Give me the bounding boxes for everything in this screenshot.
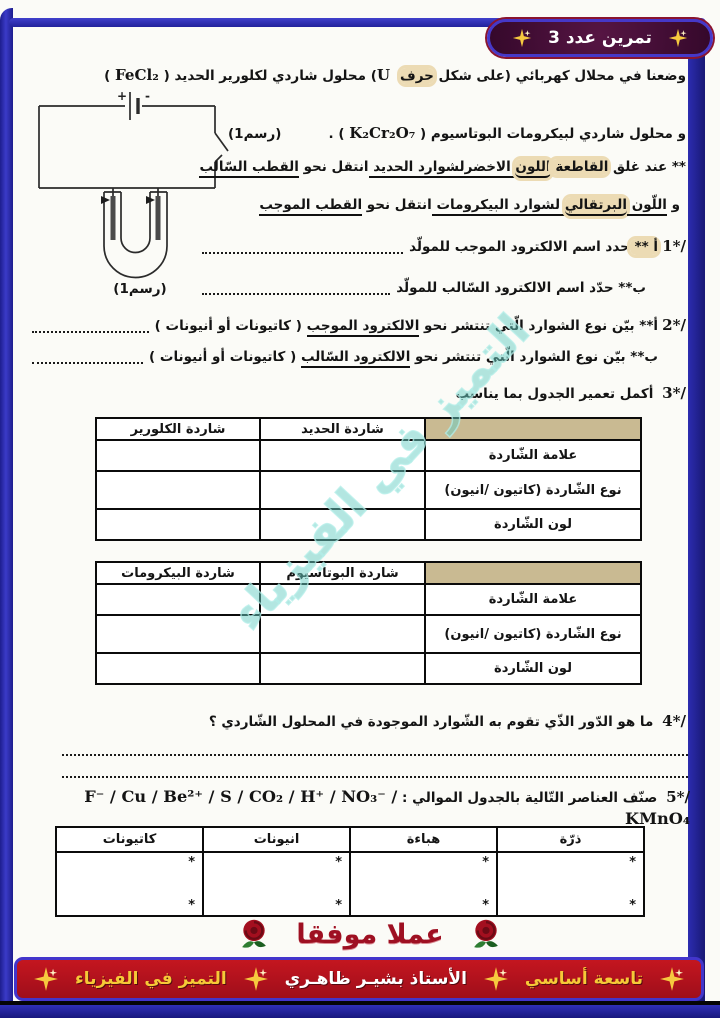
question-2a-text: أ** بيّن نوع الشوارد الّتي تنتشر نحو الا… (155, 318, 658, 336)
table-cell: * * (56, 852, 203, 916)
empty-cell (260, 440, 425, 471)
question-1b: ب** حدّد اسم الالكترود السّالب للمولّد (200, 280, 646, 298)
rose-icon (467, 915, 505, 953)
column-header: شاردة الحديد (260, 418, 425, 440)
column-header: هباءة (350, 827, 497, 852)
question-3: 3*/ أكمل تعمير الجدول بما يناسب (456, 384, 686, 404)
question-2a: 2*/ أ** بيّن نوع الشوارد الّتي تنتشر نحو… (30, 316, 686, 336)
intro-line-2: و محلول شاردي لبيكرومات البوتاسيوم ( K₂C… (228, 124, 686, 144)
ion-table-potassium-dichromate: شاردة البوتاسيوم شاردة البيكرومات علامة … (95, 561, 642, 685)
classification-table: ذرّة هباءة انيونات كاتيونات * * * * * * … (55, 826, 645, 917)
row-label: علامة الشّاردة (425, 584, 641, 615)
question-number: 1*/ (658, 237, 686, 257)
answer-blank (202, 293, 390, 295)
answer-blank (32, 362, 143, 364)
answer-blank (62, 760, 688, 778)
footer-banner: تاسعة أساسي الأستاذ بشيـر ظاهـري التميز … (14, 957, 704, 1001)
empty-cell (260, 615, 425, 653)
question-number: 2*/ (658, 316, 686, 336)
question-2b-text: ب** بيّن نوع الشوارد الّتي تنتشر نحو الا… (149, 349, 658, 367)
question-2b: ب** بيّن نوع الشوارد الّتي تنتشر نحو الا… (30, 349, 658, 367)
column-header: شاردة البيكرومات (96, 562, 260, 584)
question-1b-text: ب** حدّد اسم الالكترود السّالب للمولّد (396, 280, 646, 298)
frame-border-bottom (0, 1001, 720, 1018)
row-label: نوع الشّاردة (كاتيون /انيون) (425, 471, 641, 509)
empty-cell (260, 584, 425, 615)
sparkle-icon (668, 28, 688, 48)
footer-grade-level: تاسعة أساسي (525, 969, 643, 989)
frame-border-left (0, 8, 13, 1018)
empty-cell (260, 509, 425, 540)
answer-blank (62, 738, 688, 756)
column-header: انيونات (203, 827, 350, 852)
tan-header-cell (425, 418, 641, 440)
battery-minus-label: - (145, 89, 150, 103)
question-4: 4*/ ما هو الدّور الذّي تقوم به الشّوارد … (209, 712, 686, 732)
sparkle-icon (659, 966, 685, 992)
rose-icon (235, 915, 273, 953)
empty-cell (96, 471, 260, 509)
bullet-marker: * (629, 855, 636, 870)
column-header: شاردة البوتاسيوم (260, 562, 425, 584)
sparkle-icon (33, 966, 59, 992)
answer-blank (202, 252, 403, 254)
observation-line-1: ** عند غلق القاطعة اللون الاخضرلشوارد ال… (40, 159, 686, 177)
empty-cell (260, 471, 425, 509)
question-1a-text: أ ** حدد اسم الالكترود الموجب للمولّد (409, 239, 658, 257)
empty-cell (96, 653, 260, 684)
column-header: شاردة الكلورير (96, 418, 260, 440)
exercise-title-badge: تمرين عدد 3 (487, 19, 713, 57)
empty-cell (96, 584, 260, 615)
good-luck-banner: عملا موفقا (235, 912, 505, 956)
question-5: 5*/ صنّف العناصر التّالية بالجدول الموال… (30, 786, 690, 829)
question-number: 4*/ (658, 712, 686, 730)
table-cell: * * (203, 852, 350, 916)
table-cell: * * (497, 852, 644, 916)
sparkle-icon (483, 966, 509, 992)
worksheet-page: تمرين عدد 3 وضعنا في محلال كهربائي (على … (0, 0, 720, 1018)
question-3-text: أكمل تعمير الجدول بما يناسب (456, 386, 654, 402)
row-label: نوع الشّاردة (كاتيون /انيون) (425, 615, 641, 653)
empty-cell (96, 509, 260, 540)
bullet-marker: * (188, 855, 195, 870)
row-label: لون الشّاردة (425, 509, 641, 540)
question-5-text: صنّف العناصر التّالية بالجدول الموالي : (402, 790, 657, 806)
figure-caption: (رسم1) (82, 281, 198, 297)
answer-blank (32, 331, 149, 333)
tan-header-cell (425, 562, 641, 584)
question-number: 3*/ (658, 384, 686, 402)
good-luck-text: عملا موفقا (296, 919, 443, 950)
ion-table-iron-chloride: شاردة الحديد شاردة الكلورير علامة الشّار… (95, 417, 642, 541)
column-header: كاتيونات (56, 827, 203, 852)
row-label: لون الشّاردة (425, 653, 641, 684)
exercise-title: تمرين عدد 3 (548, 28, 652, 48)
empty-cell (260, 653, 425, 684)
sparkle-icon (243, 966, 269, 992)
intro-line-2-text: و محلول شاردي لبيكرومات البوتاسيوم ( K₂C… (329, 124, 686, 144)
observation-line-2: و اللّون البرتقالي لشوارد البيكرومات انت… (40, 197, 680, 215)
bullet-marker: * (482, 855, 489, 870)
column-header: ذرّة (497, 827, 644, 852)
bullet-marker: * (335, 855, 342, 870)
figure-reference: (رسم1) (228, 126, 281, 144)
intro-line-1: وضعنا في محلال كهربائي (على شكل حرف U ) … (30, 66, 686, 86)
row-label: علامة الشّاردة (425, 440, 641, 471)
frame-border-right (688, 23, 705, 1005)
footer-brand: التميز في الفيزياء (75, 969, 227, 989)
sparkle-icon (512, 28, 532, 48)
bullet-marker: * (188, 898, 195, 913)
question-number: 5*/ (662, 788, 690, 806)
question-4-text: ما هو الدّور الذّي تقوم به الشّوارد المو… (209, 714, 653, 730)
battery-plus-label: + (117, 89, 127, 103)
bullet-marker: * (482, 898, 489, 913)
footer-teacher-name: الأستاذ بشيـر ظاهـري (285, 969, 467, 989)
question-1a: 1*/ أ ** حدد اسم الالكترود الموجب للمولّ… (200, 237, 686, 257)
bullet-marker: * (335, 898, 342, 913)
empty-cell (96, 440, 260, 471)
bullet-marker: * (629, 898, 636, 913)
table-cell: * * (350, 852, 497, 916)
empty-cell (96, 615, 260, 653)
